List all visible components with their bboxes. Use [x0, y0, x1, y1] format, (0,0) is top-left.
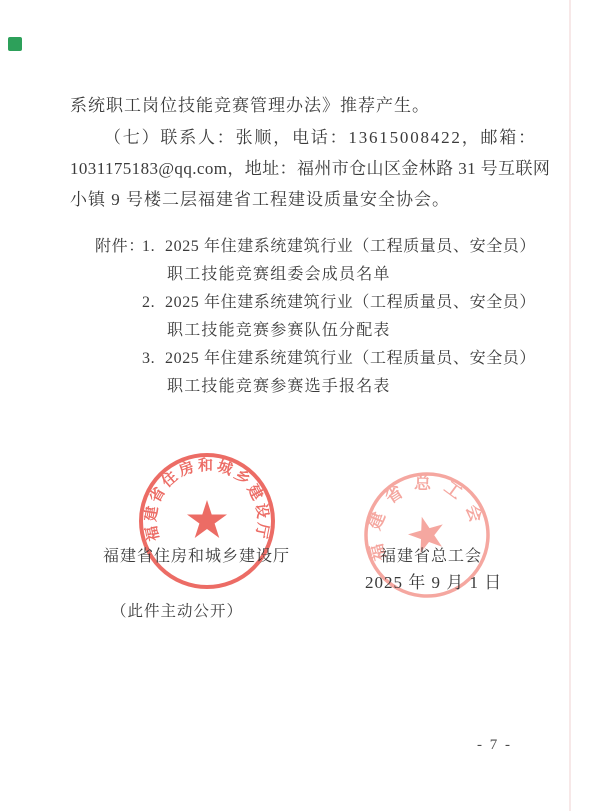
- seal-left-star-icon: [187, 500, 227, 538]
- page-number: - 7 -: [477, 736, 512, 755]
- scan-edge-artifact: [569, 0, 571, 811]
- attachment-3-number: 3.: [142, 349, 155, 369]
- attachment-3-line1: 2025 年住建系统建筑行业（工程质量员、安全员）: [165, 349, 536, 369]
- seal-left-ring-text-holder: 福建省住房和城乡建设厅: [142, 456, 273, 544]
- attachment-1-number: 1.: [142, 237, 155, 257]
- body-line-3: 1031175183@qq.com，地址：福州市仓山区金林路 31 号互联网: [70, 158, 550, 179]
- body-line-4: 小镇 9 号楼二层福建省工程建设质量安全协会。: [70, 189, 450, 210]
- attachment-3-line2: 职工技能竞赛参赛选手报名表: [167, 377, 391, 397]
- attachment-1-line1: 2025 年住建系统建筑行业（工程质量员、安全员）: [165, 237, 536, 257]
- attachment-2-line1: 2025 年住建系统建筑行业（工程质量员、安全员）: [165, 293, 536, 313]
- body-line-1: 系统职工岗位技能竞赛管理办法》推荐产生。: [70, 95, 430, 116]
- attachment-2-number: 2.: [142, 293, 155, 313]
- seal-housing-department: 福建省住房和城乡建设厅: [132, 446, 282, 596]
- signature-right-org: 福建省总工会: [380, 547, 482, 567]
- signature-date: 2025 年 9 月 1 日: [365, 572, 502, 593]
- disclosure-note: （此件主动公开）: [111, 602, 243, 621]
- signature-left-org: 福建省住房和城乡建设厅: [103, 547, 290, 567]
- document-page: 系统职工岗位技能竞赛管理办法》推荐产生。 （七）联系人：张顺，电话：136150…: [0, 0, 591, 811]
- body-line-2: （七）联系人：张顺，电话：13615008422，邮箱：: [104, 127, 537, 148]
- attachment-2-line2: 职工技能竞赛参赛队伍分配表: [167, 321, 391, 341]
- corner-marker: [8, 37, 22, 51]
- attachment-1-line2: 职工技能竞赛组委会成员名单: [167, 265, 391, 285]
- seal-left-ring-text: 福建省住房和城乡建设厅: [142, 456, 273, 544]
- attachments-label: 附件：: [95, 237, 145, 257]
